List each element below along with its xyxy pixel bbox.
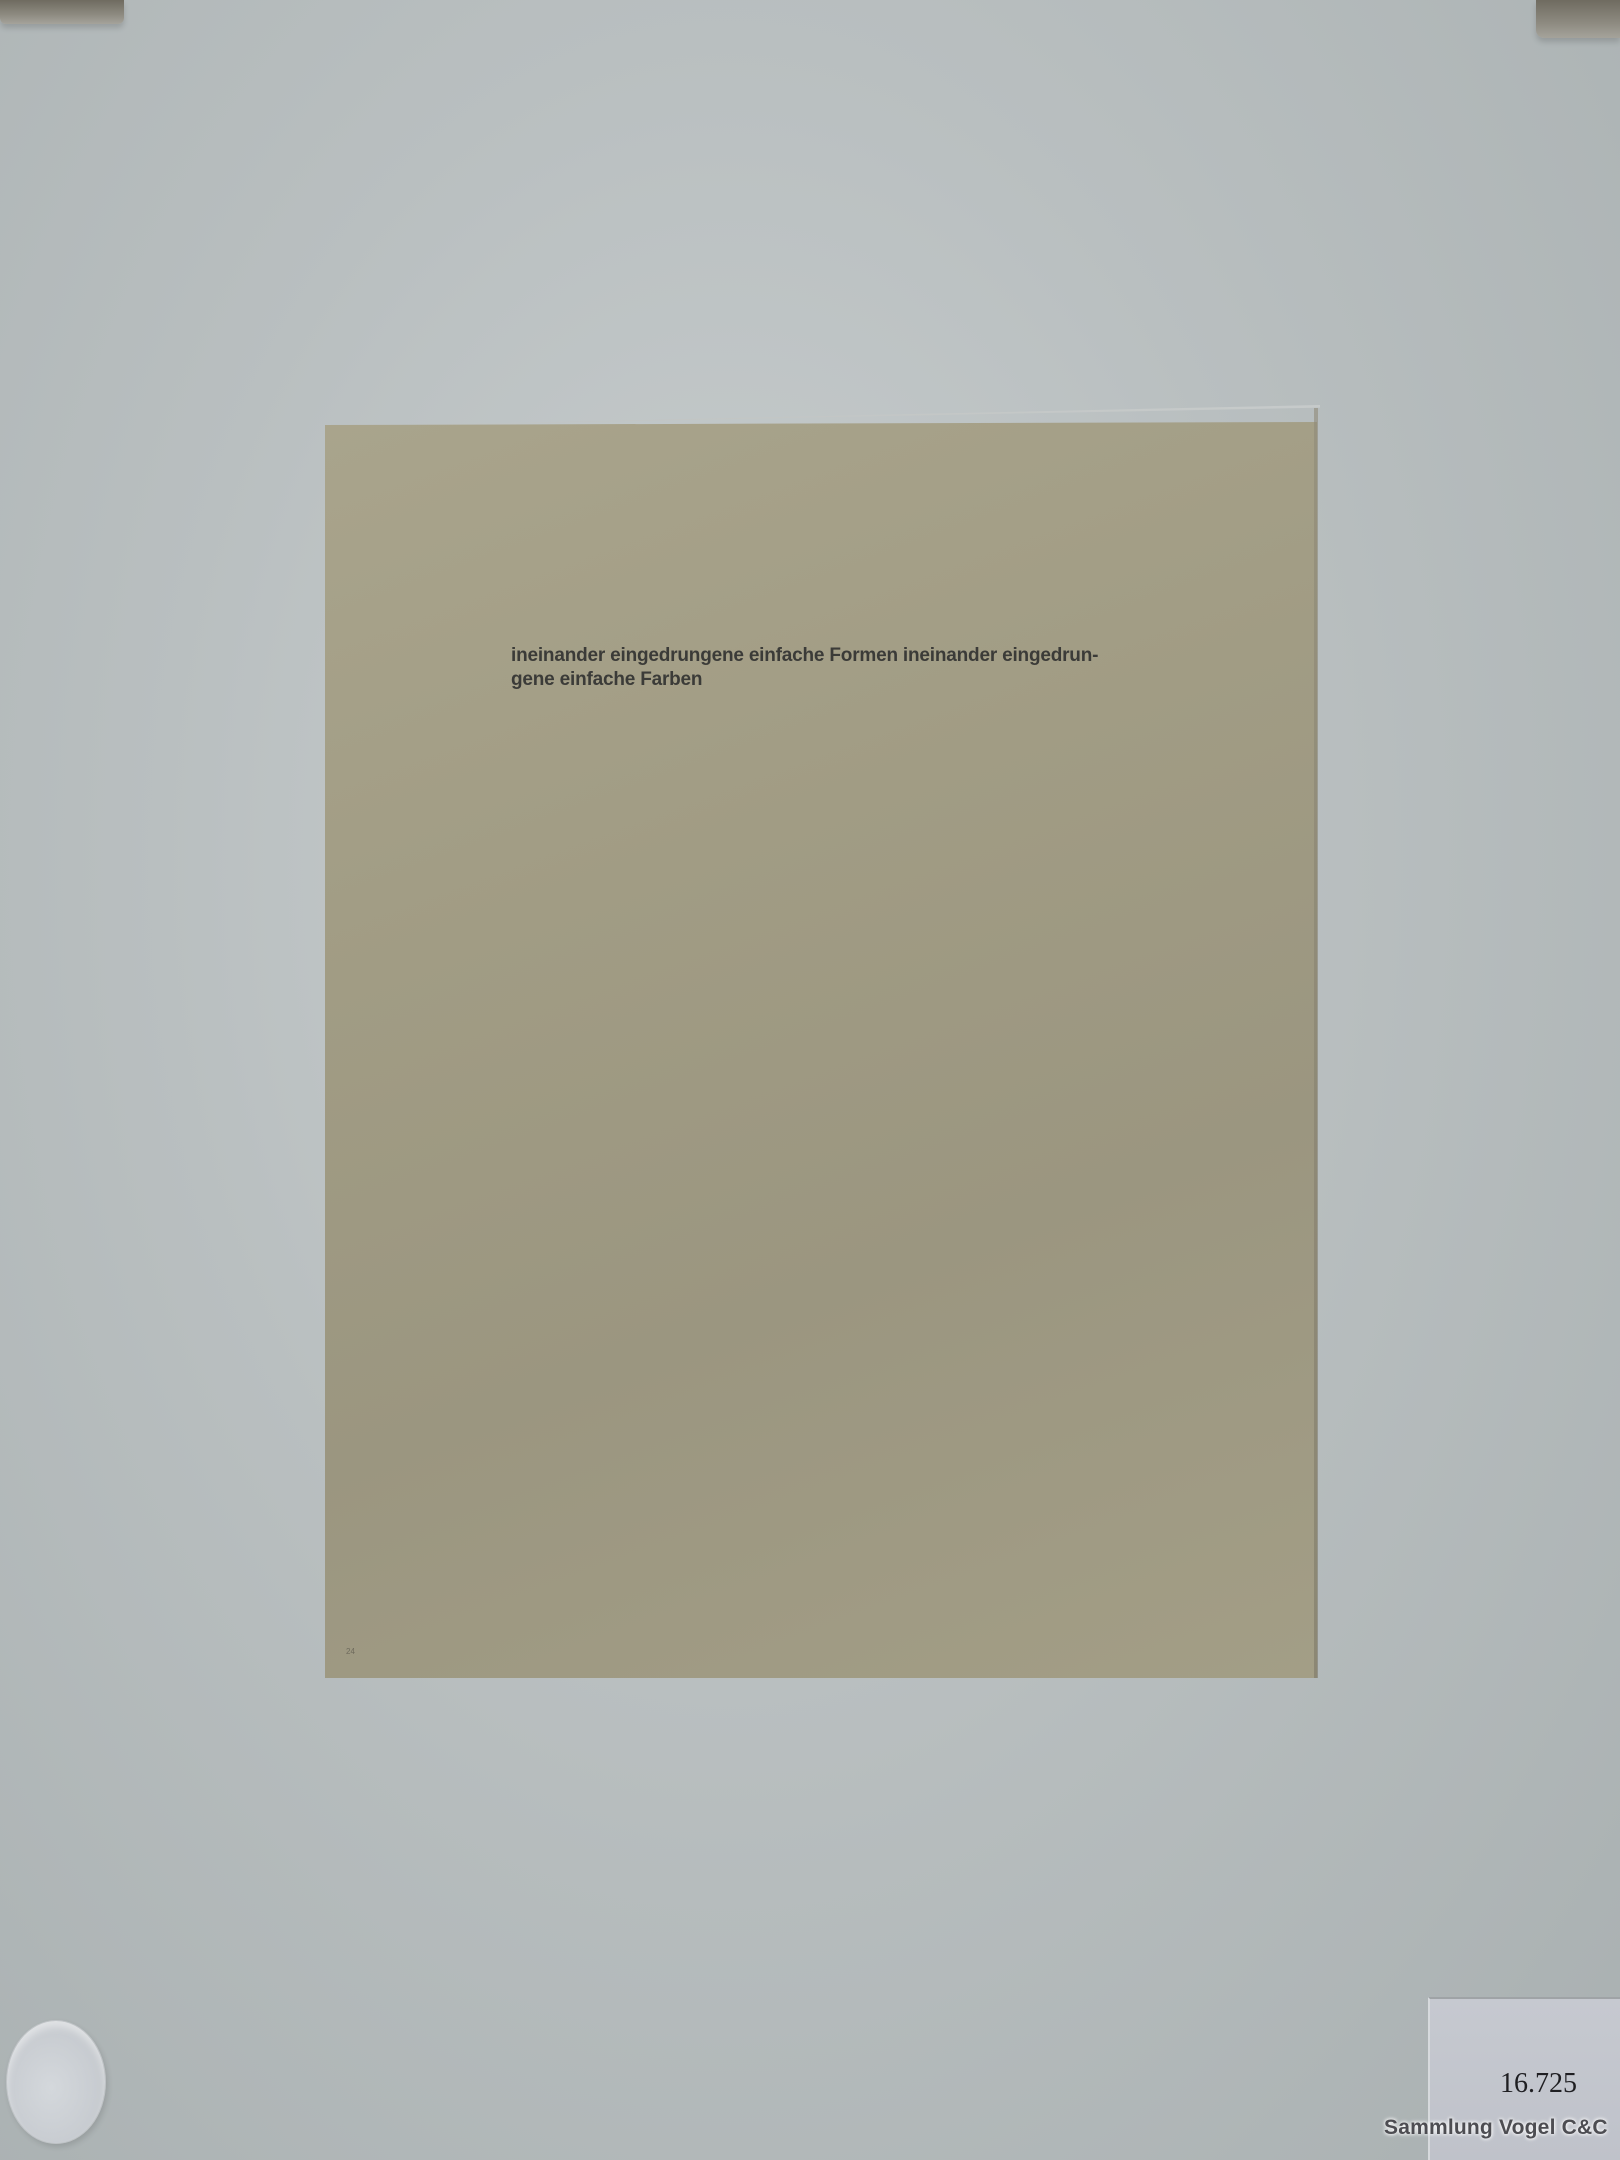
artwork-text: ineinander eingedrungene einfache Formen…: [511, 644, 1191, 692]
text-line-2: gene einfache Farben: [511, 668, 1191, 692]
corner-mark: 24: [346, 1647, 355, 1656]
inventory-number: 16.725: [1500, 2068, 1577, 2100]
text-line-1: ineinander eingedrungene einfache Formen…: [511, 644, 1191, 668]
paper-right-edge: [1314, 408, 1318, 1678]
round-magnet: [6, 2020, 106, 2144]
hanging-clip-right: [1536, 0, 1620, 38]
artwork-sheet: [325, 422, 1317, 1678]
collection-watermark: Sammlung Vogel C&C: [1384, 2116, 1608, 2140]
hanging-clip-left: [0, 0, 124, 24]
